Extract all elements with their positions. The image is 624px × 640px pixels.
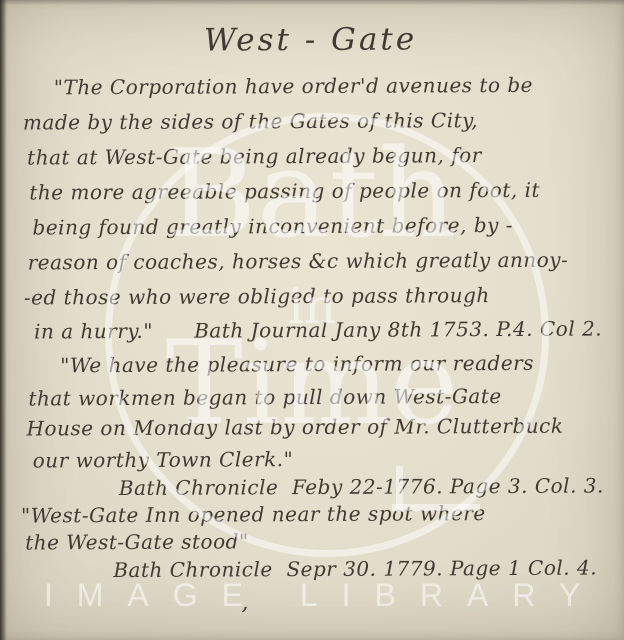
manuscript-line: made by the sides of the Gates of this C… <box>23 110 478 132</box>
manuscript-line: reason of coaches, horses &c which great… <box>28 250 569 273</box>
manuscript-line: "The Corporation have order'd avenues to… <box>54 75 533 98</box>
manuscript-line: our worthy Town Clerk." <box>33 449 294 470</box>
manuscript-scan: West - Gate "The Corporation have order'… <box>0 0 624 640</box>
manuscript-line: House on Monday last by order of Mr. Clu… <box>27 416 564 439</box>
manuscript-line: that workmen began to pull down West-Gat… <box>28 386 501 408</box>
handwriting-layer: West - Gate "The Corporation have order'… <box>0 0 624 640</box>
manuscript-line: "West-Gate Inn opened near the spot wher… <box>21 503 486 525</box>
ink-mark: , <box>241 592 248 614</box>
manuscript-line: -ed those who were obliged to pass throu… <box>24 285 490 307</box>
manuscript-line: "We have the pleasure to inform our read… <box>60 353 534 375</box>
manuscript-line: the more agreeable passing of people on … <box>29 180 540 203</box>
manuscript-line: that at West-Gate being already begun, f… <box>27 145 482 167</box>
manuscript-line: the West-Gate stood" <box>25 531 249 552</box>
manuscript-line: being found greatly inconvenient before,… <box>32 215 513 238</box>
manuscript-citation-line: Bath Chronicle Feby 22-1776. Page 3. Col… <box>119 475 604 498</box>
scan-edge-left <box>0 0 7 640</box>
manuscript-line: in a hurry." Bath Journal Jany 8th 1753.… <box>34 318 602 341</box>
page-title: West - Gate <box>0 20 623 59</box>
manuscript-citation-line: Bath Chronicle Sepr 30. 1779. Page 1 Col… <box>113 558 597 581</box>
